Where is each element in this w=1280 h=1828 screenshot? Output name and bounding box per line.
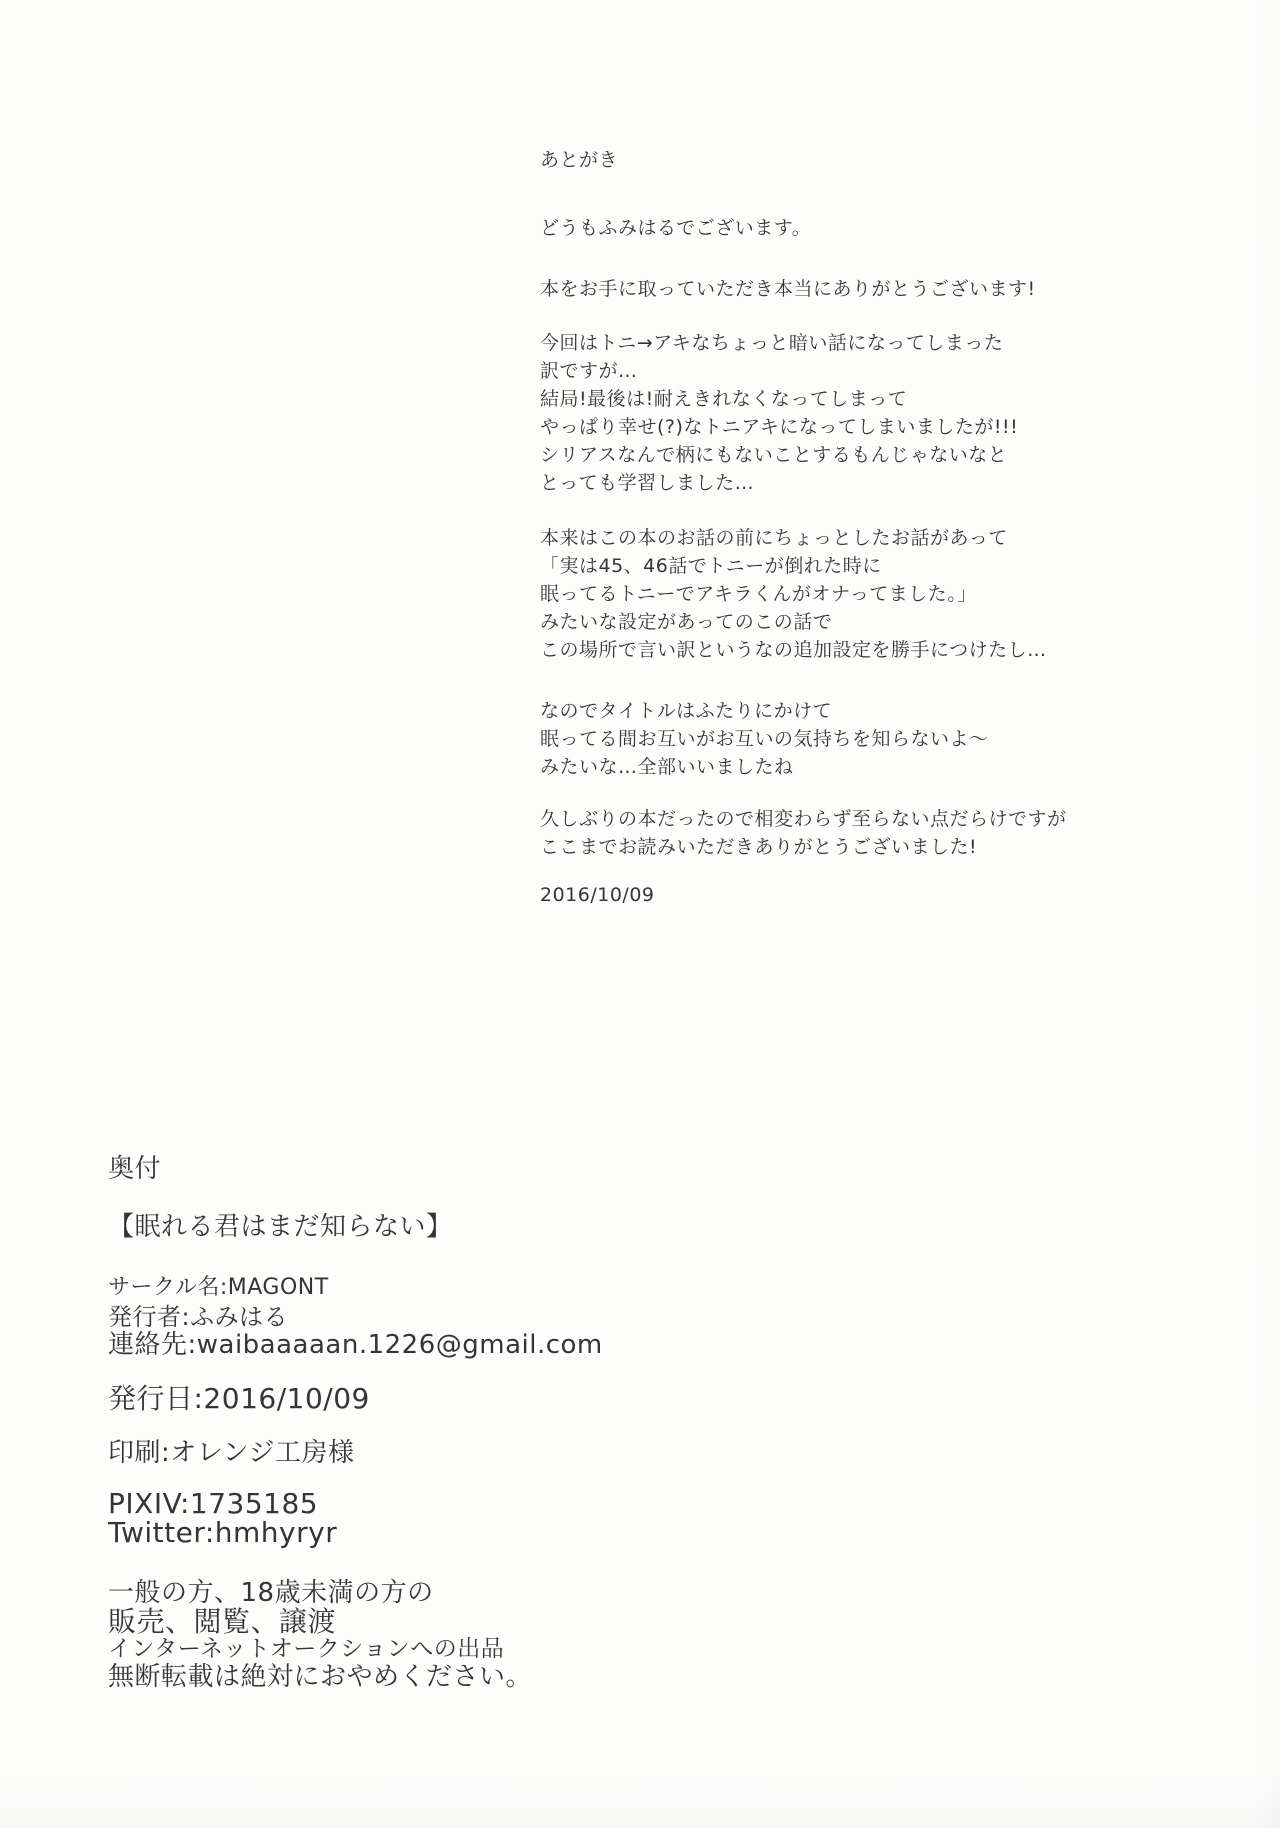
afterword-paragraph: 今回はトニ→アキなちょっと暗い話になってしまった 訳ですが… 結局!最後は!耐え… <box>540 329 1020 497</box>
colophon-heading: 奥付 <box>108 1148 161 1185</box>
afterword-line: 本来はこの本のお話の前にちょっとしたお話があって <box>540 524 1020 552</box>
afterword-line: 今回はトニ→アキなちょっと暗い話になってしまった <box>540 329 1020 357</box>
afterword-line: 眠ってる間お互いがお互いの気持ちを知らないよ～ <box>540 725 1020 753</box>
afterword-line: やっぱり幸せ(?)なトニアキになってしまいましたが!!! <box>540 413 1020 441</box>
afterword-line: とっても学習しました… <box>540 469 1020 497</box>
colophon-printer: 印刷:オレンジ工房様 <box>108 1432 354 1469</box>
afterword-line: 訳ですが… <box>540 357 1020 385</box>
afterword-line: 結局!最後は!耐えきれなくなってしまって <box>540 385 1020 413</box>
afterword-line: 「実は45、46話でトニーが倒れた時に <box>540 552 1020 580</box>
afterword-paragraph: 久しぶりの本だったので相変わらず至らない点だらけですが ここまでお読みいただきあ… <box>540 805 1020 861</box>
afterword-line: 眠ってるトニーでアキラくんがオナってました。」 <box>540 580 1020 608</box>
colophon-notice-line: 無断転載は絶対におやめください。 <box>108 1656 532 1693</box>
afterword-date: 2016/10/09 <box>540 881 1020 909</box>
afterword-paragraph: 本来はこの本のお話の前にちょっとしたお話があって 「実は45、46話でトニーが倒… <box>540 524 1020 664</box>
afterword-line: 久しぶりの本だったので相変わらず至らない点だらけですが <box>540 805 1020 833</box>
colophon-twitter-id: Twitter:hmhyryr <box>108 1516 337 1549</box>
afterword-line: ここまでお読みいただきありがとうございました! <box>540 833 1020 861</box>
colophon-publish-date: 発行日:2016/10/09 <box>108 1377 370 1417</box>
afterword-section: あとがき どうもふみはるでございます。 本をお手に取っていただき本当にありがとう… <box>540 146 1020 909</box>
afterword-paragraph: 本をお手に取っていただき本当にありがとうございます! <box>540 275 1020 303</box>
afterword-line: みたいな…全部いいましたね <box>540 753 1020 781</box>
colophon-contact-email: 連絡先:waibaaaaan.1226@gmail.com <box>108 1324 603 1361</box>
afterword-title: あとがき <box>540 146 1020 174</box>
afterword-line: この場所で言い訳というなの追加設定を勝手につけたし… <box>540 636 1020 664</box>
afterword-paragraph: なのでタイトルはふたりにかけて 眠ってる間お互いがお互いの気持ちを知らないよ～ … <box>540 697 1020 781</box>
afterword-line: どうもふみはるでございます。 <box>540 214 1020 242</box>
afterword-line: みたいな設定があってのこの話で <box>540 608 1020 636</box>
afterword-paragraph: どうもふみはるでございます。 <box>540 214 1020 242</box>
afterword-line: なのでタイトルはふたりにかけて <box>540 697 1020 725</box>
afterword-line: 本をお手に取っていただき本当にありがとうございます! <box>540 275 1020 303</box>
colophon-book-title: 【眠れる君はまだ知らない】 <box>108 1206 453 1243</box>
scanned-afterword-page: あとがき どうもふみはるでございます。 本をお手に取っていただき本当にありがとう… <box>0 0 1280 1828</box>
afterword-line: シリアスなんで柄にもないことするもんじゃないなと <box>540 441 1020 469</box>
